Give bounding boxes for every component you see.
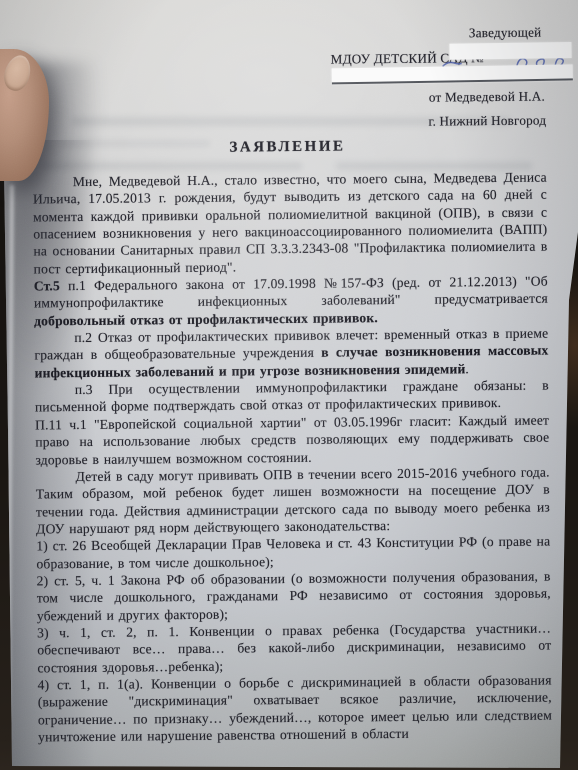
header-city: г. Нижний Новгород bbox=[428, 113, 546, 130]
paragraph-text: 3) ч. 1, ст. 2, п. 1. Конвенции о правах… bbox=[37, 620, 551, 675]
paragraph-text: Мне, Медведевой Н.А., стало известно, чт… bbox=[33, 170, 548, 277]
list-item-2: 2) ст. 5, ч. 1 Закона РФ об образовании … bbox=[37, 567, 551, 624]
paragraph-text: 1) ст. 26 Всеобщей Декларации Прав Челов… bbox=[36, 534, 550, 571]
paragraph-p2: п.2 Отказ от профилактических прививок в… bbox=[34, 325, 548, 382]
header-addressee: Заведующей bbox=[469, 25, 542, 42]
paragraph-text: 2) ст. 5, ч. 1 Закона РФ об образовании … bbox=[37, 568, 551, 623]
paragraph-text: . bbox=[465, 361, 469, 376]
paragraph-text: Ст.5 bbox=[34, 278, 60, 293]
paragraph-p3: п.3 При осуществлении иммунопрофилактики… bbox=[35, 377, 549, 417]
list-item-1: 1) ст. 26 Всеобщей Декларации Прав Челов… bbox=[36, 533, 550, 573]
paragraph-text: Детей в саду могут прививать ОПВ в течен… bbox=[36, 464, 550, 536]
header-from: от Медведевой Н.А. bbox=[429, 89, 545, 106]
photo-frame: Заведующей МДОУ ДЕТСКИЙ САД № от Медведе… bbox=[0, 0, 578, 770]
paragraph-intro: Мне, Медведевой Н.А., стало известно, чт… bbox=[33, 169, 548, 278]
redaction-box-bottom bbox=[332, 64, 573, 84]
list-item-3: 3) ч. 1, ст. 2, п. 1. Конвенции о правах… bbox=[37, 619, 551, 676]
paragraph-text: п.1 Федерального закона от 17.09.1998 №1… bbox=[34, 274, 548, 311]
paragraph-conclusion: Детей в саду могут прививать ОПВ в течен… bbox=[36, 463, 551, 537]
paragraph-text: п.3 При осуществлении иммунопрофилактики… bbox=[35, 378, 549, 415]
paper-sheet: Заведующей МДОУ ДЕТСКИЙ САД № от Медведе… bbox=[0, 0, 578, 770]
redaction-box-top bbox=[449, 42, 571, 60]
printed-content: Заведующей МДОУ ДЕТСКИЙ САД № от Медведе… bbox=[0, 0, 578, 770]
paragraph-text: П.11 ч.1 "Европейской социальной хартии"… bbox=[35, 412, 549, 467]
paragraph-law-st5: Ст.5 п.1 Федерального закона от 17.09.19… bbox=[34, 273, 548, 330]
document-body: Мне, Медведевой Н.А., стало известно, чт… bbox=[33, 169, 552, 746]
paragraph-p11: П.11 ч.1 "Европейской социальной хартии"… bbox=[35, 411, 549, 468]
paragraph-text: 4) ст. 1, п. 1(а). Конвенции о борьбе с … bbox=[38, 672, 552, 744]
paragraph-text: добровольный отказ от профилактических п… bbox=[34, 310, 378, 328]
thumb bbox=[0, 49, 49, 181]
list-item-4: 4) ст. 1, п. 1(а). Конвенции о борьбе с … bbox=[38, 671, 553, 745]
document-title: ЗАЯВЛЕНИЕ bbox=[0, 136, 577, 159]
